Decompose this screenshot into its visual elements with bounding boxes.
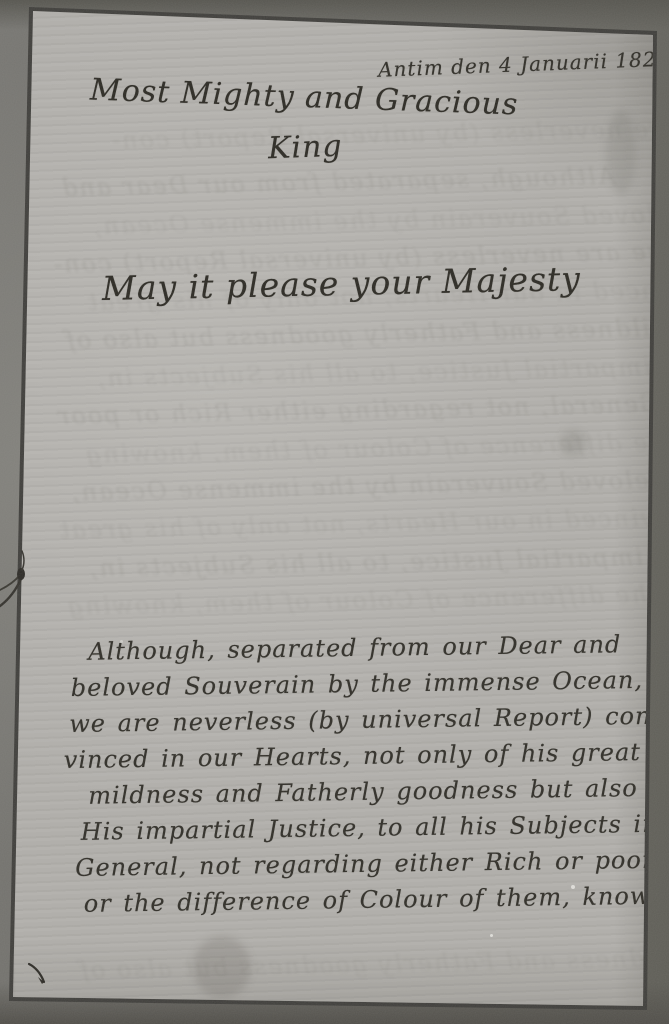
bleedthrough-line: His impartial Justice, to all his Subjec… [88, 542, 669, 583]
bleedthrough-line: beloved Souverain by the immense Ocean, [92, 200, 669, 240]
ink-tick-mark-icon [27, 961, 53, 989]
photographed-letter-scan: Although, separated from our Dear and be… [0, 0, 669, 1024]
ink-smudge [606, 110, 636, 195]
bleedthrough-line: General, not regarding either Rich or po… [56, 390, 660, 431]
heading-line-2: King [267, 129, 343, 167]
bleedthrough-line: mildness and Fatherly goodness but also … [64, 314, 669, 355]
bleedthrough-line: we are neverless (by universal Report) c… [110, 114, 669, 155]
bleedthrough-line: His impartial Justice, to all his Subjec… [96, 352, 669, 393]
ink-smudge [560, 430, 586, 456]
binding-thread-icon [0, 546, 42, 620]
ink-smudge [193, 936, 251, 998]
letter-body: Although, separated from our Dear and be… [62, 626, 646, 922]
heading-line-1: Most Mighty and Gracious [90, 73, 519, 123]
letter-content-layer: Although, separated from our Dear and be… [0, 0, 669, 1024]
bleedthrough-line: mildness and Fatherly goodness but also … [78, 944, 669, 985]
bleedthrough-line: Although, separated from our Dear and [60, 162, 616, 202]
bleedthrough-line: vinced in our Hearts, not only of his gr… [58, 504, 655, 544]
dateline: Antim den 4 Januarii 1823. [378, 46, 669, 81]
bleedthrough-line: beloved Souverain by the immense Ocean, [70, 466, 667, 506]
body-line: or the difference of Colour of them, kno… [84, 878, 646, 922]
bleedthrough-line: or the difference of Colour of them, kno… [66, 579, 669, 620]
paper-speck [490, 934, 493, 937]
